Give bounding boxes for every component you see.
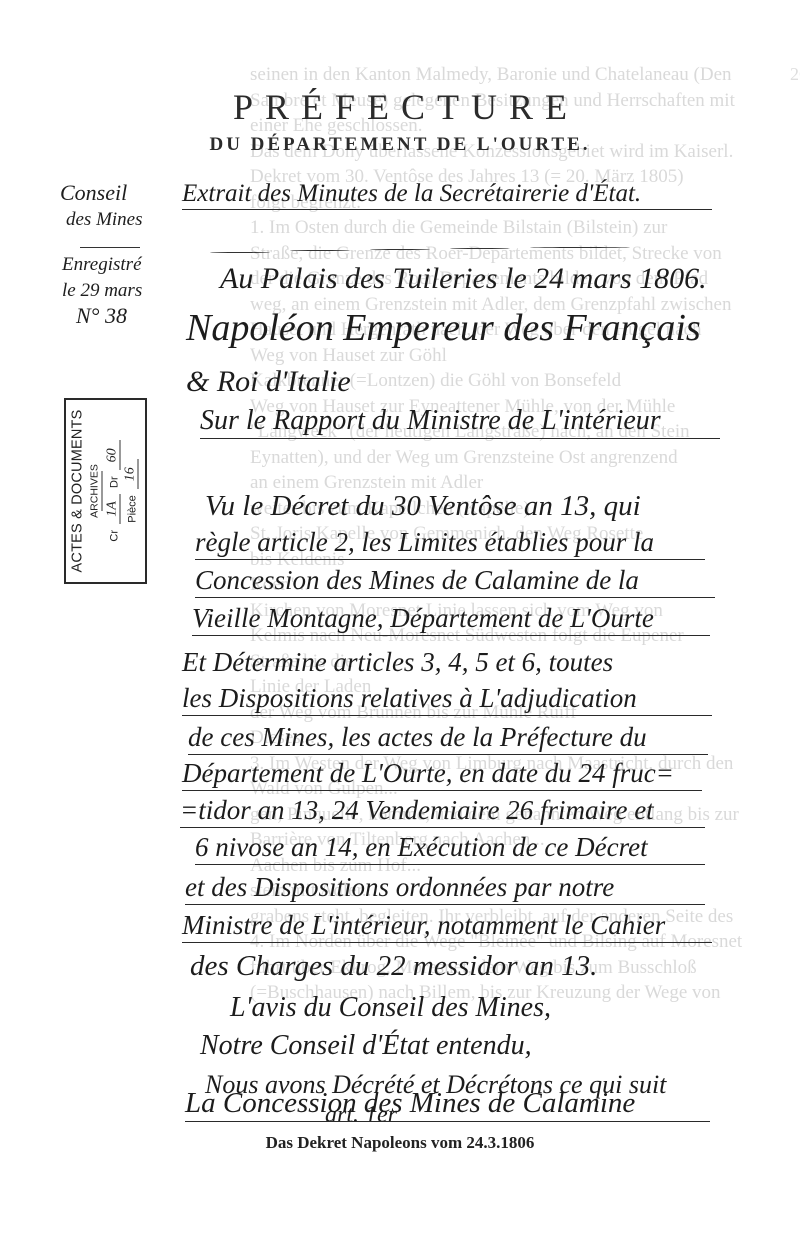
flourish — [210, 252, 270, 253]
manuscript-line-vu: Vu le Décret du 30 Ventôse an 13, qui — [205, 490, 641, 524]
manuscript-line-roi: & Roi d'Italie — [186, 365, 351, 400]
stamp-cr-dr-row: Cr 1A Dr 60 — [105, 398, 120, 584]
bleed-line: seinen in den Kanton Malmedy, Baronie un… — [250, 62, 800, 88]
manuscript-line-regle: règle article 2, les Limites établies po… — [195, 527, 705, 560]
prefecture-title: PRÉFECTURE — [0, 86, 800, 128]
margin-note-date: le 29 mars — [62, 280, 142, 302]
margin-note-des-mines: des Mines — [66, 209, 143, 231]
manuscript-line-extrait: Extrait des Minutes de la Secrétairerie … — [182, 180, 712, 210]
stamp-subtitle: ARCHIVES — [88, 398, 102, 584]
manuscript-line-nivose: 6 nivose an 14, en Exécution de ce Décre… — [195, 832, 705, 865]
bleed-page-number: 265 — [790, 62, 800, 88]
stamp-title: ACTES & DOCUMENTS — [69, 398, 85, 584]
margin-note-enregistre: Enregistré — [62, 254, 142, 276]
manuscript-line-palais: Au Palais des Tuileries le 24 mars 1806. — [220, 262, 707, 297]
stamp-dr-value: 60 — [105, 440, 120, 470]
stamp-cr-value: 1A — [105, 494, 120, 524]
flourish — [370, 249, 430, 250]
manuscript-line-fructidor: =tidor an 13, 24 Vendemiaire 26 frimaire… — [180, 795, 705, 828]
bleed-line: Eynatten), und der Weg um Grenzsteine Os… — [250, 445, 800, 471]
stamp-cr-label: Cr — [108, 530, 120, 542]
flourish — [290, 250, 350, 251]
stamp-piece-label: Pièce — [126, 495, 138, 523]
manuscript-line-ordonnees: et des Dispositions ordonnées par notre — [185, 872, 705, 905]
manuscript-line-avis: L'avis du Conseil des Mines, — [230, 992, 551, 1025]
archive-stamp: ACTES & DOCUMENTS ARCHIVES Cr 1A Dr 60 P… — [64, 398, 147, 584]
manuscript-line-napoleon: Napoléon Empereur des Français — [186, 306, 701, 351]
manuscript-line-dispositions: les Dispositions relatives à L'adjudicat… — [182, 683, 712, 716]
manuscript-line-concession: Concession des Mines de Calamine de la — [195, 565, 715, 598]
manuscript-line-departement: Département de L'Ourte, en date du 24 fr… — [182, 758, 702, 791]
stamp-piece-value: 16 — [123, 459, 138, 489]
figure-caption: Das Dekret Napoleons vom 24.3.1806 — [0, 1133, 800, 1153]
manuscript-line-charges: des Charges du 22 messidor an 13. — [190, 950, 597, 984]
manuscript-line-actes: de ces Mines, les actes de la Préfecture… — [188, 722, 708, 755]
bleed-line: 1. Im Osten durch die Gemeinde Bilstain … — [250, 215, 800, 241]
manuscript-line-rapport: Sur le Rapport du Ministre de L'intérieu… — [200, 405, 720, 439]
manuscript-line-determine: Et Détermine articles 3, 4, 5 et 6, tout… — [182, 647, 613, 679]
margin-note-number: N° 38 — [76, 303, 127, 329]
flourish — [530, 247, 630, 248]
margin-divider — [80, 247, 140, 248]
stamp-dr-label: Dr — [108, 476, 120, 488]
manuscript-line-conseil-etat: Notre Conseil d'État entendu, — [200, 1030, 532, 1063]
margin-note-conseil: Conseil — [60, 180, 127, 206]
manuscript-line-vieille-montagne: Vieille Montagne, Département de L'Ourte — [192, 603, 710, 636]
flourish — [450, 248, 510, 249]
manuscript-line-la-concession: La Concession des Mines de Calamine — [185, 1087, 710, 1122]
manuscript-line-cahier: Ministre de L'intérieur, notamment le Ca… — [182, 910, 712, 943]
stamp-piece-row: Pièce 16 — [123, 398, 138, 584]
department-subtitle: DU DÉPARTEMENT DE L'OURTE. — [0, 134, 800, 156]
